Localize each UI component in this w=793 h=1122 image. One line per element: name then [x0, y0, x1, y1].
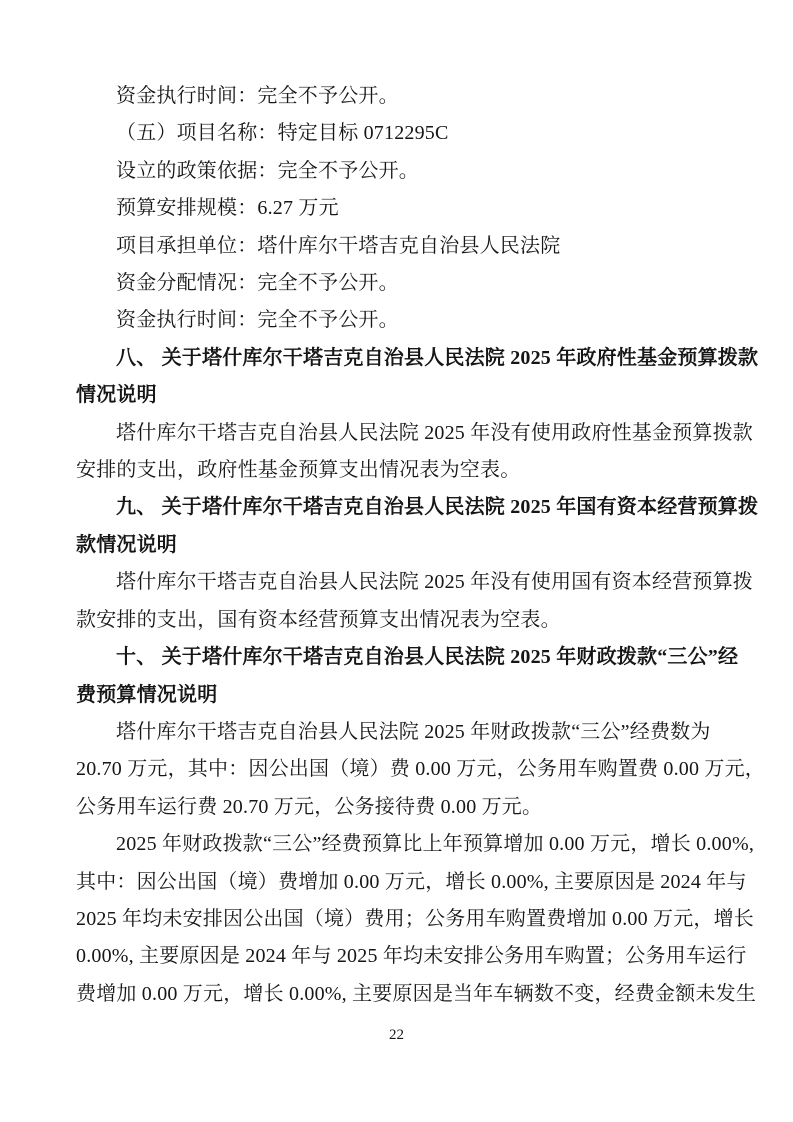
line-project5-fund-allocation: 资金分配情况：完全不予公开。 — [76, 265, 724, 302]
heading-section8-line1: 八、 关于塔什库尔干塔吉克自治县人民法院 2025 年政府性基金预算拨款 — [76, 340, 724, 377]
heading-section10-line2: 费预算情况说明 — [76, 677, 724, 714]
heading-section9-line1: 九、 关于塔什库尔干塔吉克自治县人民法院 2025 年国有资本经营预算拨 — [76, 489, 724, 526]
para-three-public-change-line1: 2025 年财政拨款“三公”经费预算比上年预算增加 0.00 万元，增长 0.0… — [76, 826, 724, 863]
para-three-public-change-line4: 0.00%, 主要原因是 2024 年与 2025 年均未安排公务用车购置；公务… — [76, 938, 724, 975]
para-three-public-change-line3: 2025 年均未安排因公出国（境）费用；公务用车购置费增加 0.00 万元，增长 — [76, 901, 724, 938]
para-section8-line2: 安排的支出，政府性基金预算支出情况表为空表。 — [76, 452, 724, 489]
line-project5-policy-basis: 设立的政策依据：完全不予公开。 — [76, 153, 724, 190]
para-three-public-line2: 20.70 万元，其中：因公出国（境）费 0.00 万元，公务用车购置费 0.0… — [76, 751, 724, 788]
line-fund-exec-time-1: 资金执行时间：完全不予公开。 — [76, 78, 724, 115]
line-project5-budget-scale: 预算安排规模：6.27 万元 — [76, 190, 724, 227]
para-section9-line2: 款安排的支出，国有资本经营预算支出情况表为空表。 — [76, 602, 724, 639]
page-number: 22 — [0, 1026, 793, 1044]
para-three-public-change-line2: 其中：因公出国（境）费增加 0.00 万元，增长 0.00%, 主要原因是 20… — [76, 864, 724, 901]
para-section8-line1: 塔什库尔干塔吉克自治县人民法院 2025 年没有使用政府性基金预算拨款 — [76, 415, 724, 452]
para-three-public-line1: 塔什库尔干塔吉克自治县人民法院 2025 年财政拨款“三公”经费数为 — [76, 714, 724, 751]
heading-section9-line2: 款情况说明 — [76, 527, 724, 564]
document-page: 资金执行时间：完全不予公开。 （五）项目名称：特定目标 0712295C 设立的… — [76, 78, 724, 1013]
heading-section8-line2: 情况说明 — [76, 377, 724, 414]
line-project5-name: （五）项目名称：特定目标 0712295C — [76, 115, 724, 152]
para-section9-line1: 塔什库尔干塔吉克自治县人民法院 2025 年没有使用国有资本经营预算拨 — [76, 564, 724, 601]
line-project5-fund-exec-time: 资金执行时间：完全不予公开。 — [76, 302, 724, 339]
para-three-public-change-line5: 费增加 0.00 万元，增长 0.00%, 主要原因是当年车辆数不变，经费金额未… — [76, 976, 724, 1013]
heading-section10-line1: 十、 关于塔什库尔干塔吉克自治县人民法院 2025 年财政拨款“三公”经 — [76, 639, 724, 676]
para-three-public-line3: 公务用车运行费 20.70 万元，公务接待费 0.00 万元。 — [76, 789, 724, 826]
line-project5-unit: 项目承担单位：塔什库尔干塔吉克自治县人民法院 — [76, 228, 724, 265]
